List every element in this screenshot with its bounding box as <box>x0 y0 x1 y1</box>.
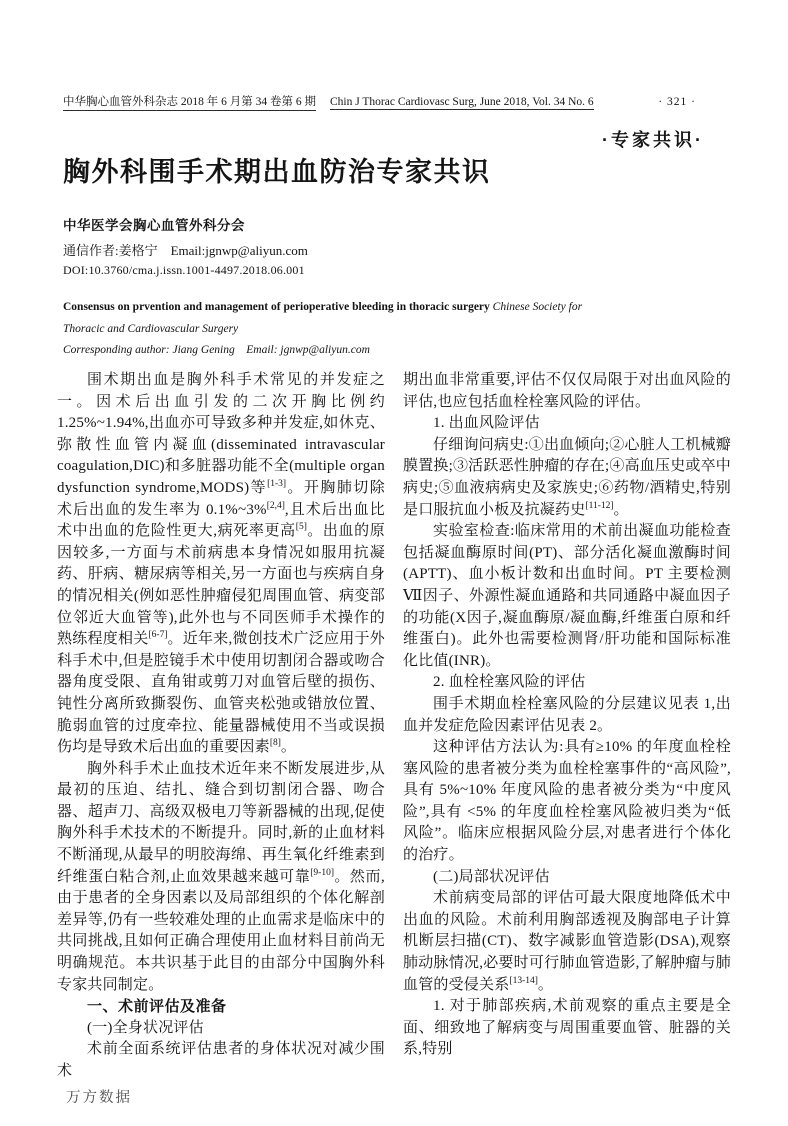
body-paragraph: 围手术期血栓栓塞风险的分层建议见表 1,出血并发症危险因素评估见表 2。 <box>403 694 731 737</box>
running-head: 中华胸心血管外科杂志 2018 年 6 月第 34 卷第 6 期 Chin J … <box>63 93 788 111</box>
body-paragraph: 1. 对于肺部疾病,术前观察的重点主要是全面、细致地了解病变与周围重要血管、脏器… <box>403 996 731 1061</box>
journal-title-cn: 中华胸心血管外科杂志 2018 年 6 月第 34 卷第 6 期 <box>63 93 316 111</box>
doi-line: DOI:10.3760/cma.j.issn.1001-4497.2018.06… <box>63 263 305 278</box>
body-paragraph: 围术期出血是胸外科手术常见的并发症之一。因术后出血引发的二次开胸比例约 1.25… <box>57 370 385 759</box>
body-paragraph: 实验室检查:临床常用的术前出凝血功能检查包括凝血酶原时间(PT)、部分活化凝血激… <box>403 521 731 672</box>
journal-title-en: Chin J Thorac Cardiovasc Surg, June 2018… <box>330 96 594 110</box>
english-correspondence: Corresponding author: Jiang Gening Email… <box>63 344 370 356</box>
english-correspondence-line: Corresponding author: Jiang Gening Email… <box>63 340 615 362</box>
author-organization: 中华医学会胸心血管外科分会 <box>63 214 245 234</box>
wanfang-watermark: 万方数据 <box>66 1086 132 1107</box>
body-paragraph: 这种评估方法认为:具有≥10% 的年度血栓栓塞风险的患者被分类为血栓栓塞事件的“… <box>403 737 731 867</box>
section-heading: 一、术前评估及准备 <box>57 996 385 1018</box>
section-heading: 1. 出血风险评估 <box>403 413 731 435</box>
body-paragraph: 胸外科手术止血技术近年来不断发展进步,从最初的压迫、结扎、缝合到切割闭合器、吻合… <box>57 759 385 997</box>
section-heading: 2. 血栓栓塞风险的评估 <box>403 672 731 694</box>
correspondence-line: 通信作者:姜格宁 Email:jgnwp@aliyun.com <box>63 240 308 259</box>
english-title-block: Consensus on prvention and management of… <box>63 297 615 362</box>
section-heading: (一)全身状况评估 <box>57 1018 385 1040</box>
english-title-line: Consensus on prvention and management of… <box>63 297 615 340</box>
body-paragraph: 仔细询问病史:①出血倾向;②心脏人工机械瓣膜置换;③活跃恶性肿瘤的存在;④高血压… <box>403 435 731 521</box>
body-paragraph: 期出血非常重要,评估不仅仅局限于对出血风险的评估,也应包括血栓栓塞风险的评估。 <box>403 370 731 413</box>
right-column: 期出血非常重要,评估不仅仅局限于对出血风险的评估,也应包括血栓栓塞风险的评估。1… <box>403 370 731 1083</box>
body-paragraph: 术前全面系统评估患者的身体状况对减少围术 <box>57 1039 385 1082</box>
article-title: 胸外科围手术期出血防治专家共识 <box>63 150 491 189</box>
section-label: ·专家共识· <box>602 126 704 152</box>
journal-page: 中华胸心血管外科杂志 2018 年 6 月第 34 卷第 6 期 Chin J … <box>0 0 788 1126</box>
english-title: Consensus on prvention and management of… <box>63 301 490 313</box>
article-body: 围术期出血是胸外科手术常见的并发症之一。因术后出血引发的二次开胸比例约 1.25… <box>57 370 731 1083</box>
left-column: 围术期出血是胸外科手术常见的并发症之一。因术后出血引发的二次开胸比例约 1.25… <box>57 370 385 1083</box>
section-heading: (二)局部状况评估 <box>403 867 731 889</box>
body-paragraph: 术前病变局部的评估可最大限度地降低术中出血的风险。术前利用胸部透视及胸部电子计算… <box>403 888 731 996</box>
page-number: · 321 · <box>658 96 696 108</box>
